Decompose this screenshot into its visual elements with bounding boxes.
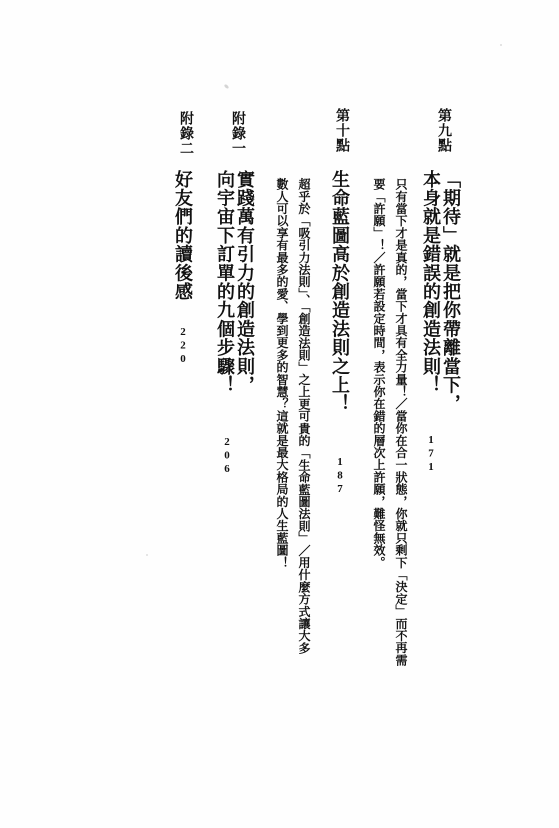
- title-line: 實踐萬有引力的創造法則，: [235, 170, 255, 394]
- scan-artifact: [500, 44, 502, 46]
- annotation-line: 要「許願」！／許願若設定時間，表示你在錯的層次上許願，難怪無效。: [372, 178, 385, 568]
- title-line: 向宇宙下訂單的九個步驟！: [215, 170, 235, 394]
- annotation-line: 數人可以享有最多的愛、學到更多的智慧？這就是最大格局的人生藍圖！: [275, 178, 288, 568]
- section-label: 第十點: [333, 108, 349, 153]
- title-line: 本身就是錯誤的創造法則！: [421, 170, 441, 394]
- title-line: 好友們的讀後感: [173, 170, 193, 301]
- title-line: 生命藍圖高於創造法則之上！: [330, 170, 350, 413]
- annotation-line: 只有當下才是真的，當下才具有全力量！／當你在合一狀態，你就只剩下「決定」而不再需: [394, 178, 407, 666]
- page-number: 187: [330, 456, 350, 497]
- section-label: 第九點: [435, 108, 451, 153]
- title-line: 「期待」就是把你帶離當下，: [441, 170, 461, 413]
- scan-artifact: [146, 554, 148, 556]
- scan-artifact: [224, 84, 230, 90]
- page-number: 206: [217, 436, 237, 477]
- section-label: 附錄二: [177, 111, 193, 156]
- book-page: 第九點 「期待」就是把你帶離當下， 本身就是錯誤的創造法則！ 171 只有當下才…: [0, 0, 559, 828]
- page-number: 220: [173, 326, 193, 367]
- section-label: 附錄一: [229, 111, 245, 156]
- annotation-line: 超乎於「吸引力法則」、「創造法則」之上更可貴的「生命藍圖法則」／用什麼方式讓大多: [297, 178, 310, 654]
- page-number: 171: [421, 434, 441, 475]
